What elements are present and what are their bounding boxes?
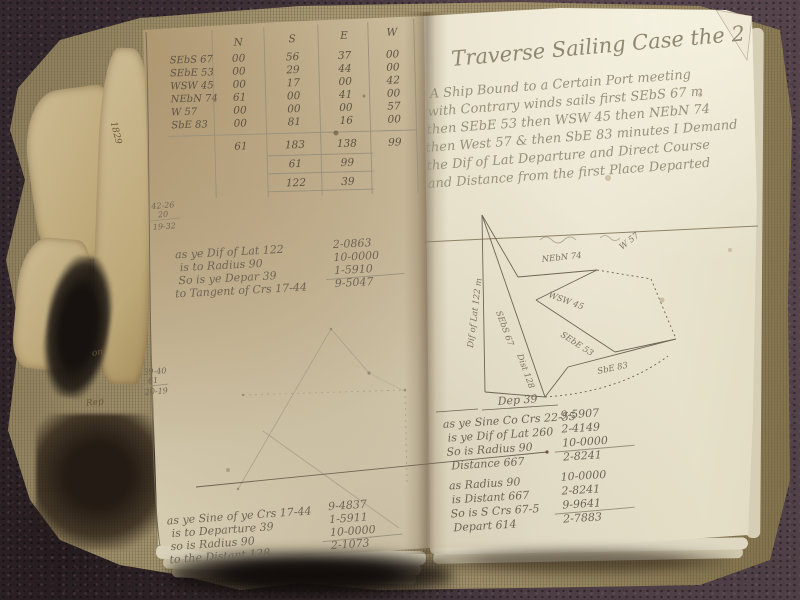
table-cell: 00 (387, 87, 401, 99)
margin-note-line: 20 (157, 210, 169, 220)
foxing-spot (660, 298, 665, 303)
margin-note-line: 61 (148, 376, 159, 386)
table-cell: 56 (286, 51, 300, 63)
calc-value: 2-7883 (562, 510, 602, 525)
table-result: 39 (341, 176, 355, 188)
table-cell: 00 (232, 78, 246, 90)
table-subtrahend: 61 (289, 158, 303, 170)
ink-spot (226, 468, 230, 472)
table-cell: 29 (285, 64, 300, 76)
right-calc-upper: as ye Sine Co Crs 22-55 9-5907 is ye Dif… (442, 404, 635, 472)
calc-value: 10-0000 (560, 468, 606, 484)
margin-note-top: 42-26 20 19-32 (149, 200, 181, 232)
calc-value: 9-5047 (334, 275, 373, 290)
table-cell: 42 (385, 74, 400, 86)
table-cell: 00 (232, 52, 246, 64)
calc-value: 2-8241 (560, 482, 600, 497)
diagram-label-nebn: NEbN 74 (540, 251, 582, 265)
table-course: W 57 (171, 107, 198, 119)
table-header-w: W (386, 26, 398, 38)
foxing-spot (728, 248, 732, 252)
section-rule (424, 226, 758, 242)
ink-layer: N S E W SEbS 67 00 56 37 00 SEbE 53 00 2… (0, 0, 800, 600)
table-course: SEbS 67 (170, 54, 214, 66)
table-total: 61 (234, 140, 248, 152)
table-cell: 81 (287, 116, 301, 128)
traverse-table: N S E W SEbS 67 00 56 37 00 SEbE 53 00 2… (166, 19, 418, 199)
table-cell: 00 (233, 104, 247, 116)
table-cell: 00 (287, 103, 301, 115)
diagram-label-dif-lat: Dif of Lat 122 m (466, 277, 485, 349)
table-subtrahend: 99 (341, 157, 355, 169)
page-title: Traverse Sailing Case the 2 (450, 21, 745, 71)
diagram-label-distance: Dist 128 (514, 352, 536, 391)
table-course: NEbN 74 (170, 93, 218, 105)
right-calc-lower: as Radius 90 10-0000 is Distant 667 2-82… (448, 466, 635, 534)
calc-value: 2-8241 (562, 448, 602, 463)
table-header-e: E (339, 30, 348, 42)
table-cell: 61 (233, 91, 247, 103)
table-cell: 00 (387, 113, 401, 125)
left-page-torn-edge (146, 32, 160, 546)
table-header-s: S (288, 33, 296, 45)
margin-note-mid: 39-40 61 20-19 (141, 366, 169, 397)
ink-spot (363, 95, 366, 98)
margin-note-line: 20-19 (144, 386, 169, 397)
table-cell: 41 (338, 89, 353, 101)
diagram-label-w: W 57 (618, 230, 642, 252)
table-cell: 00 (339, 102, 353, 114)
calc-value: 9-9641 (562, 496, 601, 511)
table-total: 99 (388, 136, 402, 148)
table-cell: 00 (386, 61, 400, 73)
table-cell: 00 (233, 117, 247, 129)
left-calc-upper: as ye Dif of Lat 122 2-0863 is to Radius… (173, 235, 406, 301)
table-cell: 57 (387, 100, 401, 112)
calc-value: 10-0000 (562, 434, 608, 450)
diagram-label-sebs: SEbS 67 (493, 310, 515, 349)
margin-note-line: 19-32 (153, 221, 177, 232)
diagram-label-sbe: SbE 83 (597, 361, 629, 377)
table-course: SEbE 53 (170, 67, 214, 79)
guide-dot (545, 450, 548, 453)
table-cell: 00 (232, 65, 246, 77)
table-cell: 00 (338, 76, 352, 88)
calc-value: 9-5907 (560, 406, 599, 421)
table-cell: 00 (287, 90, 301, 102)
diagram-label-wsw: WSW 45 (547, 290, 585, 312)
photo-stage: 1829 on Rep N S E W SEbS 67 00 5 (0, 0, 800, 600)
calc-value: 10-0000 (333, 249, 379, 264)
table-cell: 16 (339, 115, 353, 127)
table-header-n: N (232, 36, 243, 48)
table-cell: 37 (338, 50, 352, 62)
diagram-label-sebe: SEbE 53 (558, 330, 595, 359)
table-cell: 17 (286, 77, 300, 89)
table-course: SbE 83 (171, 119, 208, 131)
table-course: WSW 45 (170, 80, 214, 92)
calc-note: Dep 39 (496, 392, 538, 408)
pencil-diagram (237, 328, 407, 528)
calc-label: Depart 614 (452, 517, 517, 534)
table-result: 122 (286, 177, 307, 190)
calc-value: 2-4149 (560, 420, 600, 435)
calc-value: 2-1073 (329, 536, 370, 552)
table-total: 138 (337, 138, 358, 151)
table-cell: 44 (337, 63, 352, 75)
note-rule (436, 409, 478, 412)
ink-spot (334, 131, 339, 136)
traverse-diagram: Dif of Lat 122 m SEbS 67 Dist 128 NEbN 7… (466, 215, 676, 397)
table-total: 183 (285, 139, 306, 152)
table-cell: 00 (386, 48, 400, 60)
